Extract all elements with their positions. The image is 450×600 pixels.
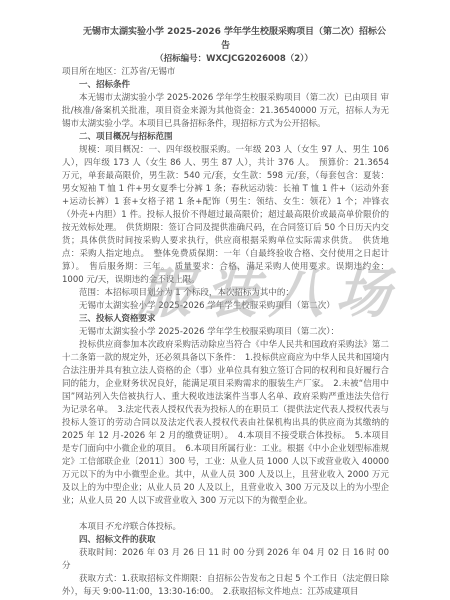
document-title: 无锡市太湖实验小学 2025-2026 学年学生校服采购项目（第二次）招标公告	[62, 25, 389, 53]
document-page: 服装八场 无锡市太湖实验小学 2025-2026 学年学生校服采购项目（第二次）…	[0, 0, 450, 600]
tender-number: （招标编号：WXCJCG2026008（2））	[62, 53, 389, 66]
no-joint-bid-emphasis: 不允许	[105, 522, 131, 532]
no-joint-bid-note: 本项目不允许联合体投标。	[62, 521, 389, 534]
section3-qualifications-paragraph: 投标供应商参加本次政府采购活动除应当符合《中华人民共和国政府采购法》第二十二条第…	[62, 339, 389, 508]
section1-paragraph: 本无锡市太湖实验小学 2025-2026 学年学生校服采购项目（第二次）已由项目…	[62, 92, 389, 131]
no-joint-bid-prefix: 本项目	[79, 522, 105, 532]
section2-scope-line: 范围：本招标项目划分为 1 个标段，本次招标为其中的：	[62, 287, 389, 300]
section1-heading: 一、招标条件	[62, 79, 389, 92]
blank-line	[62, 508, 389, 521]
project-location: 项目所在地区：江苏省/无锡市	[62, 66, 389, 79]
section3-heading: 三、投标人资格要求	[62, 313, 389, 326]
section3-project-line: 无锡市太湖实验小学 2025-2026 学年学生校服采购项目（第二次）：	[62, 326, 389, 339]
section2-heading: 二、项目概况与招标范围	[62, 131, 389, 144]
section2-scale-paragraph: 规模：项目概况：一、四年级校服采购。一年级 203 人（女生 97 人、男生 1…	[62, 144, 389, 287]
section4-time-line: 获取时间：2026 年 03 月 26 日 11 时 00 分到 2026 年 …	[62, 547, 389, 573]
section4-heading: 四、招标文件的获取	[62, 534, 389, 547]
section4-method-paragraph: 获取方式：1.获取招标文件期限：自招标公告发布之日起 5 个工作日（法定假日除外…	[62, 573, 389, 599]
no-joint-bid-suffix: 联合体投标。	[130, 522, 181, 532]
tender-announcement: 无锡市太湖实验小学 2025-2026 学年学生校服采购项目（第二次）招标公告 …	[0, 0, 450, 599]
section2-project-name-line: 无锡市太湖实验小学 2025-2026 学年学生校服采购项目（第二次）	[62, 300, 389, 313]
